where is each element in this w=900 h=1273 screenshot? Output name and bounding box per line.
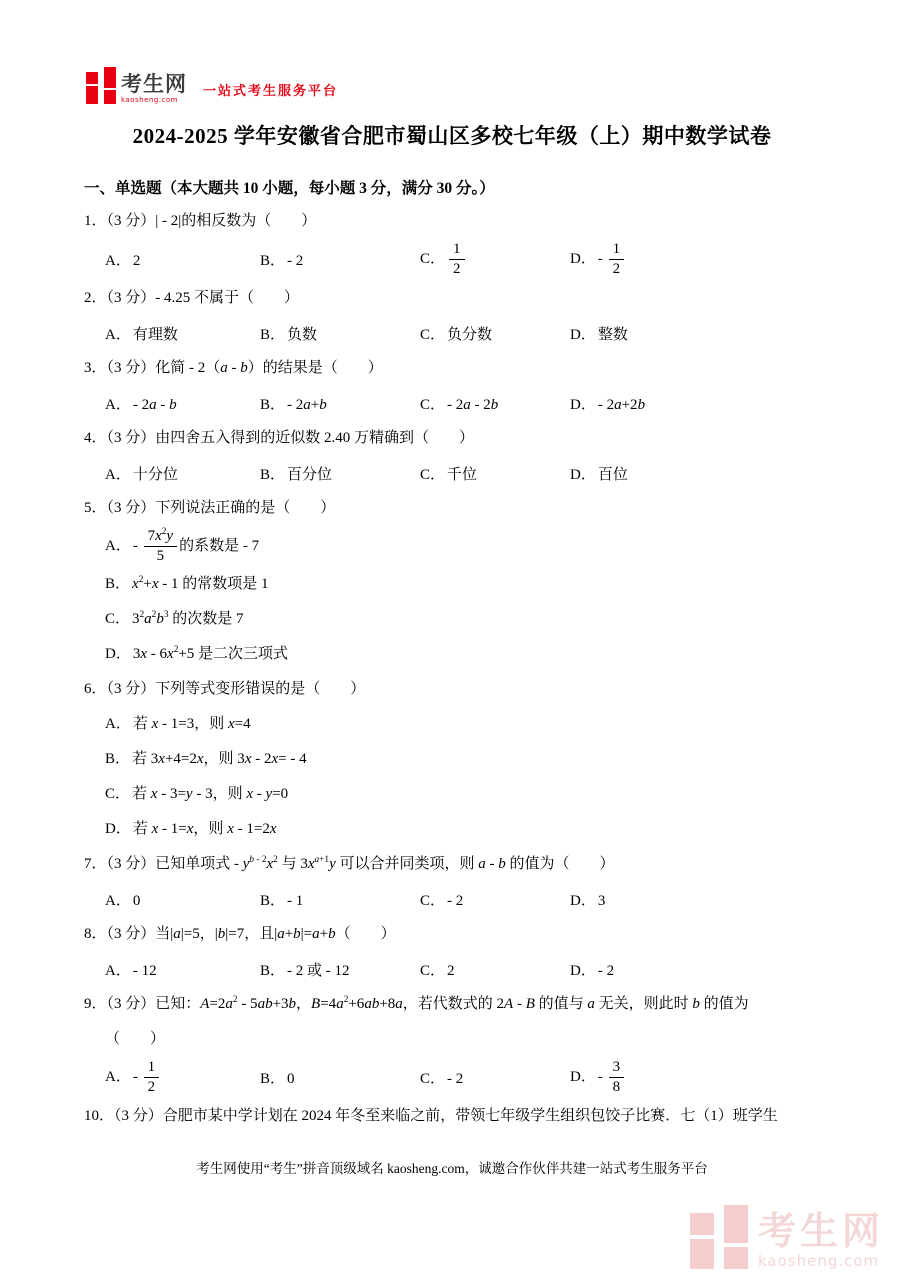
- option: C．32a2b3 的次数是 7: [105, 611, 244, 627]
- option-label: B．: [105, 751, 130, 767]
- option-label: A．: [105, 538, 131, 554]
- options-row: A．有理数B．负数C．负分数D．整数: [84, 316, 820, 351]
- logo-text-block: 考生网 kaosheng.com: [121, 74, 187, 104]
- option-label: B．: [260, 893, 285, 909]
- watermark-logo-icon: [690, 1203, 748, 1269]
- option: D．3x - 6x2+5 是二次三项式: [105, 646, 288, 662]
- option: C．- 2a - 2b: [420, 393, 570, 414]
- option: B．0: [260, 1067, 420, 1088]
- option-label: B．: [260, 1071, 285, 1087]
- logo-domain: kaosheng.com: [121, 97, 187, 104]
- option: B．- 2 或 - 12: [260, 959, 420, 980]
- option: B．百分位: [260, 463, 420, 484]
- option-label: A．: [105, 716, 131, 732]
- option-label: D．: [570, 251, 596, 267]
- option: B．负数: [260, 323, 420, 344]
- option-label: A．: [105, 253, 131, 269]
- option-label: C．: [420, 1071, 445, 1087]
- option: C．若 x - 3=y - 3，则 x - y=0: [105, 786, 288, 802]
- question-stem-continuation: （ ）: [84, 1022, 820, 1057]
- option-content: - 2a+2b: [598, 397, 645, 413]
- option-content: - 2: [287, 253, 303, 269]
- option-content: 百分位: [287, 467, 332, 483]
- option-content: 3x - 6x2+5 是二次三项式: [133, 646, 288, 662]
- option-content: 32a2b3 的次数是 7: [132, 611, 243, 627]
- question: 10．（3 分）合肥市某中学计划在 2024 年冬至来临之前，带领七年级学生组织…: [84, 1099, 820, 1134]
- option-content: 0: [287, 1071, 295, 1087]
- option: D．整数: [570, 323, 820, 344]
- option-line: A．若 x - 1=3，则 x=4: [84, 707, 820, 742]
- option-line: C．32a2b3 的次数是 7: [84, 602, 820, 637]
- option-content: 有理数: [133, 327, 178, 343]
- option: A．- 12: [105, 959, 260, 980]
- question-stem: 10．（3 分）合肥市某中学计划在 2024 年冬至来临之前，带领七年级学生组织…: [84, 1099, 820, 1134]
- option-label: D．: [570, 963, 596, 979]
- option: B．- 1: [260, 889, 420, 910]
- option-content: 2: [447, 963, 455, 979]
- options-row: A．- 12B．- 2 或 - 12C．2D．- 2: [84, 952, 820, 987]
- option-line: B．若 3x+4=2x，则 3x - 2x= - 4: [84, 742, 820, 777]
- option-content: 2: [133, 253, 141, 269]
- option-content: 3: [598, 893, 606, 909]
- option-content: 百位: [598, 467, 628, 483]
- option: D．- 38: [570, 1057, 820, 1099]
- option-content: - 38: [598, 1069, 626, 1085]
- option: A．0: [105, 889, 260, 910]
- logo-tagline: 一站式考生服务平台: [203, 80, 338, 99]
- watermark-name: 考生网: [758, 1212, 884, 1250]
- option-label: B．: [260, 963, 285, 979]
- option-content: - 2 或 - 12: [287, 963, 350, 979]
- watermark-text-block: 考生网 kaosheng.com: [758, 1212, 884, 1269]
- option-label: C．: [420, 467, 445, 483]
- option: A．十分位: [105, 463, 260, 484]
- questions: 1．（3 分）| - 2|的相反数为（ ）A．2B．- 2C．12D．- 122…: [84, 204, 820, 1134]
- logo-name: 考生网: [121, 74, 187, 95]
- option-content: 若 x - 3=y - 3，则 x - y=0: [132, 786, 288, 802]
- question: 1．（3 分）| - 2|的相反数为（ ）A．2B．- 2C．12D．- 12: [84, 204, 820, 281]
- question: 5．（3 分）下列说法正确的是（ ）A．- 7x2y5的系数是 - 7B．x2+…: [84, 491, 820, 673]
- header-logo: 考生网 kaosheng.com 一站式考生服务平台: [86, 0, 820, 104]
- option-content: 若 x - 1=3，则 x=4: [133, 716, 251, 732]
- question-stem: 5．（3 分）下列说法正确的是（ ）: [84, 491, 820, 526]
- option: C．- 2: [420, 1067, 570, 1088]
- option: C．负分数: [420, 323, 570, 344]
- watermark: 考生网 kaosheng.com: [690, 1203, 884, 1269]
- question-stem: 6．（3 分）下列等式变形错误的是（ ）: [84, 672, 820, 707]
- option: A．2: [105, 249, 260, 270]
- options-row: A．十分位B．百分位C．千位D．百位: [84, 456, 820, 491]
- option-content: - 1: [287, 893, 303, 909]
- option: A．- 12: [105, 1057, 260, 1099]
- option-line: D．3x - 6x2+5 是二次三项式: [84, 637, 820, 672]
- option-label: C．: [420, 963, 445, 979]
- question-stem: 2．（3 分）- 4.25 不属于（ ）: [84, 281, 820, 316]
- option-content: 若 x - 1=x，则 x - 1=2x: [133, 821, 277, 837]
- question: 3．（3 分）化简 - 2（a - b）的结果是（ ）A．- 2a - bB．-…: [84, 351, 820, 421]
- option-content: - 2a - b: [133, 397, 177, 413]
- options-row: A．0B．- 1C．- 2D．3: [84, 882, 820, 917]
- option: A．- 7x2y5的系数是 - 7: [105, 538, 259, 554]
- option-label: B．: [260, 327, 285, 343]
- option-line: D．若 x - 1=x，则 x - 1=2x: [84, 812, 820, 847]
- option-label: C．: [420, 251, 445, 267]
- question-stem: 1．（3 分）| - 2|的相反数为（ ）: [84, 204, 820, 239]
- option-label: C．: [105, 611, 130, 627]
- option-content: 若 3x+4=2x，则 3x - 2x= - 4: [132, 751, 307, 767]
- option-content: - 2: [447, 1071, 463, 1087]
- option-label: A．: [105, 893, 131, 909]
- option: A．- 2a - b: [105, 393, 260, 414]
- option-label: C．: [420, 397, 445, 413]
- question: 4．（3 分）由四舍五入得到的近似数 2.40 万精确到（ ）A．十分位B．百分…: [84, 421, 820, 491]
- options-row: A．- 12B．0C．- 2D．- 38: [84, 1057, 820, 1099]
- question: 7．（3 分）已知单项式 - yb - 2x2 与 3xa+1y 可以合并同类项…: [84, 847, 820, 917]
- option: A．若 x - 1=3，则 x=4: [105, 716, 251, 732]
- option-content: 千位: [447, 467, 477, 483]
- option: D．- 2a+2b: [570, 393, 820, 414]
- option: D．- 12: [570, 239, 820, 281]
- option: C．12: [420, 239, 570, 281]
- option-label: A．: [105, 467, 131, 483]
- option-content: - 2a+b: [287, 397, 327, 413]
- question-stem: 8．（3 分）当|a|=5，|b|=7，且|a+b|=a+b（ ）: [84, 917, 820, 952]
- option-label: B．: [105, 576, 130, 592]
- option-content: - 12: [598, 251, 626, 267]
- option-content: x2+x - 1 的常数项是 1: [132, 576, 268, 592]
- option-content: - 7x2y5的系数是 - 7: [133, 538, 259, 554]
- option-content: 十分位: [133, 467, 178, 483]
- option: D．3: [570, 889, 820, 910]
- option-label: A．: [105, 397, 131, 413]
- options-row: A．- 2a - bB．- 2a+bC．- 2a - 2bD．- 2a+2b: [84, 386, 820, 421]
- option-content: 12: [447, 251, 467, 267]
- option: D．若 x - 1=x，则 x - 1=2x: [105, 821, 277, 837]
- option-label: D．: [570, 467, 596, 483]
- option-label: C．: [420, 327, 445, 343]
- paper-title: 2024-2025 学年安徽省合肥市蜀山区多校七年级（上）期中数学试卷: [84, 120, 820, 152]
- option: B．- 2: [260, 249, 420, 270]
- question: 9．（3 分）已知：A=2a2 - 5ab+3b，B=4a2+6ab+8a，若代…: [84, 987, 820, 1099]
- option: B．- 2a+b: [260, 393, 420, 414]
- question-stem: 3．（3 分）化简 - 2（a - b）的结果是（ ）: [84, 351, 820, 386]
- option-label: B．: [260, 397, 285, 413]
- option-label: A．: [105, 1069, 131, 1085]
- option-label: B．: [260, 467, 285, 483]
- option-line: B．x2+x - 1 的常数项是 1: [84, 567, 820, 602]
- option-content: - 2: [598, 963, 614, 979]
- option-content: - 12: [133, 963, 157, 979]
- option-label: B．: [260, 253, 285, 269]
- question-stem: 7．（3 分）已知单项式 - yb - 2x2 与 3xa+1y 可以合并同类项…: [84, 847, 820, 882]
- option-label: D．: [570, 327, 596, 343]
- option: B．若 3x+4=2x，则 3x - 2x= - 4: [105, 751, 307, 767]
- option-label: D．: [105, 646, 131, 662]
- option: C．千位: [420, 463, 570, 484]
- option: D．- 2: [570, 959, 820, 980]
- kaosheng-logo-icon: [86, 66, 116, 104]
- page: 考生网 kaosheng.com 一站式考生服务平台 2024-2025 学年安…: [0, 0, 900, 1180]
- option-label: A．: [105, 963, 131, 979]
- option-label: D．: [570, 893, 596, 909]
- option-label: C．: [420, 893, 445, 909]
- option-content: - 2: [447, 893, 463, 909]
- question: 8．（3 分）当|a|=5，|b|=7，且|a+b|=a+b（ ）A．- 12B…: [84, 917, 820, 987]
- question: 6．（3 分）下列等式变形错误的是（ ）A．若 x - 1=3，则 x=4B．若…: [84, 672, 820, 847]
- option: B．x2+x - 1 的常数项是 1: [105, 576, 268, 592]
- options-row: A．2B．- 2C．12D．- 12: [84, 239, 820, 281]
- option: A．有理数: [105, 323, 260, 344]
- option-label: A．: [105, 327, 131, 343]
- option-content: - 2a - 2b: [447, 397, 498, 413]
- question-stem: 9．（3 分）已知：A=2a2 - 5ab+3b，B=4a2+6ab+8a，若代…: [84, 987, 820, 1022]
- exam-paper-page: { "colors": { "accent_red": "#e60012", "…: [0, 0, 900, 1273]
- question-stem: 4．（3 分）由四舍五入得到的近似数 2.40 万精确到（ ）: [84, 421, 820, 456]
- option-content: 负数: [287, 327, 317, 343]
- section-heading: 一、单选题（本大题共 10 小题，每小题 3 分，满分 30 分。）: [84, 174, 820, 204]
- option-label: D．: [570, 397, 596, 413]
- option: C．2: [420, 959, 570, 980]
- option-label: C．: [105, 786, 130, 802]
- watermark-domain: kaosheng.com: [758, 1254, 884, 1269]
- option: C．- 2: [420, 889, 570, 910]
- option-content: 整数: [598, 327, 628, 343]
- option-line: A．- 7x2y5的系数是 - 7: [84, 526, 820, 568]
- option-line: C．若 x - 3=y - 3，则 x - y=0: [84, 777, 820, 812]
- option-label: D．: [105, 821, 131, 837]
- option: D．百位: [570, 463, 820, 484]
- option-label: D．: [570, 1069, 596, 1085]
- footer-text: 考生网使用“考生”拼音顶级域名 kaosheng.com，诚邀合作伙伴共建一站式…: [84, 1158, 820, 1180]
- option-content: 负分数: [447, 327, 492, 343]
- question: 2．（3 分）- 4.25 不属于（ ）A．有理数B．负数C．负分数D．整数: [84, 281, 820, 351]
- option-content: - 12: [133, 1069, 161, 1085]
- option-content: 0: [133, 893, 141, 909]
